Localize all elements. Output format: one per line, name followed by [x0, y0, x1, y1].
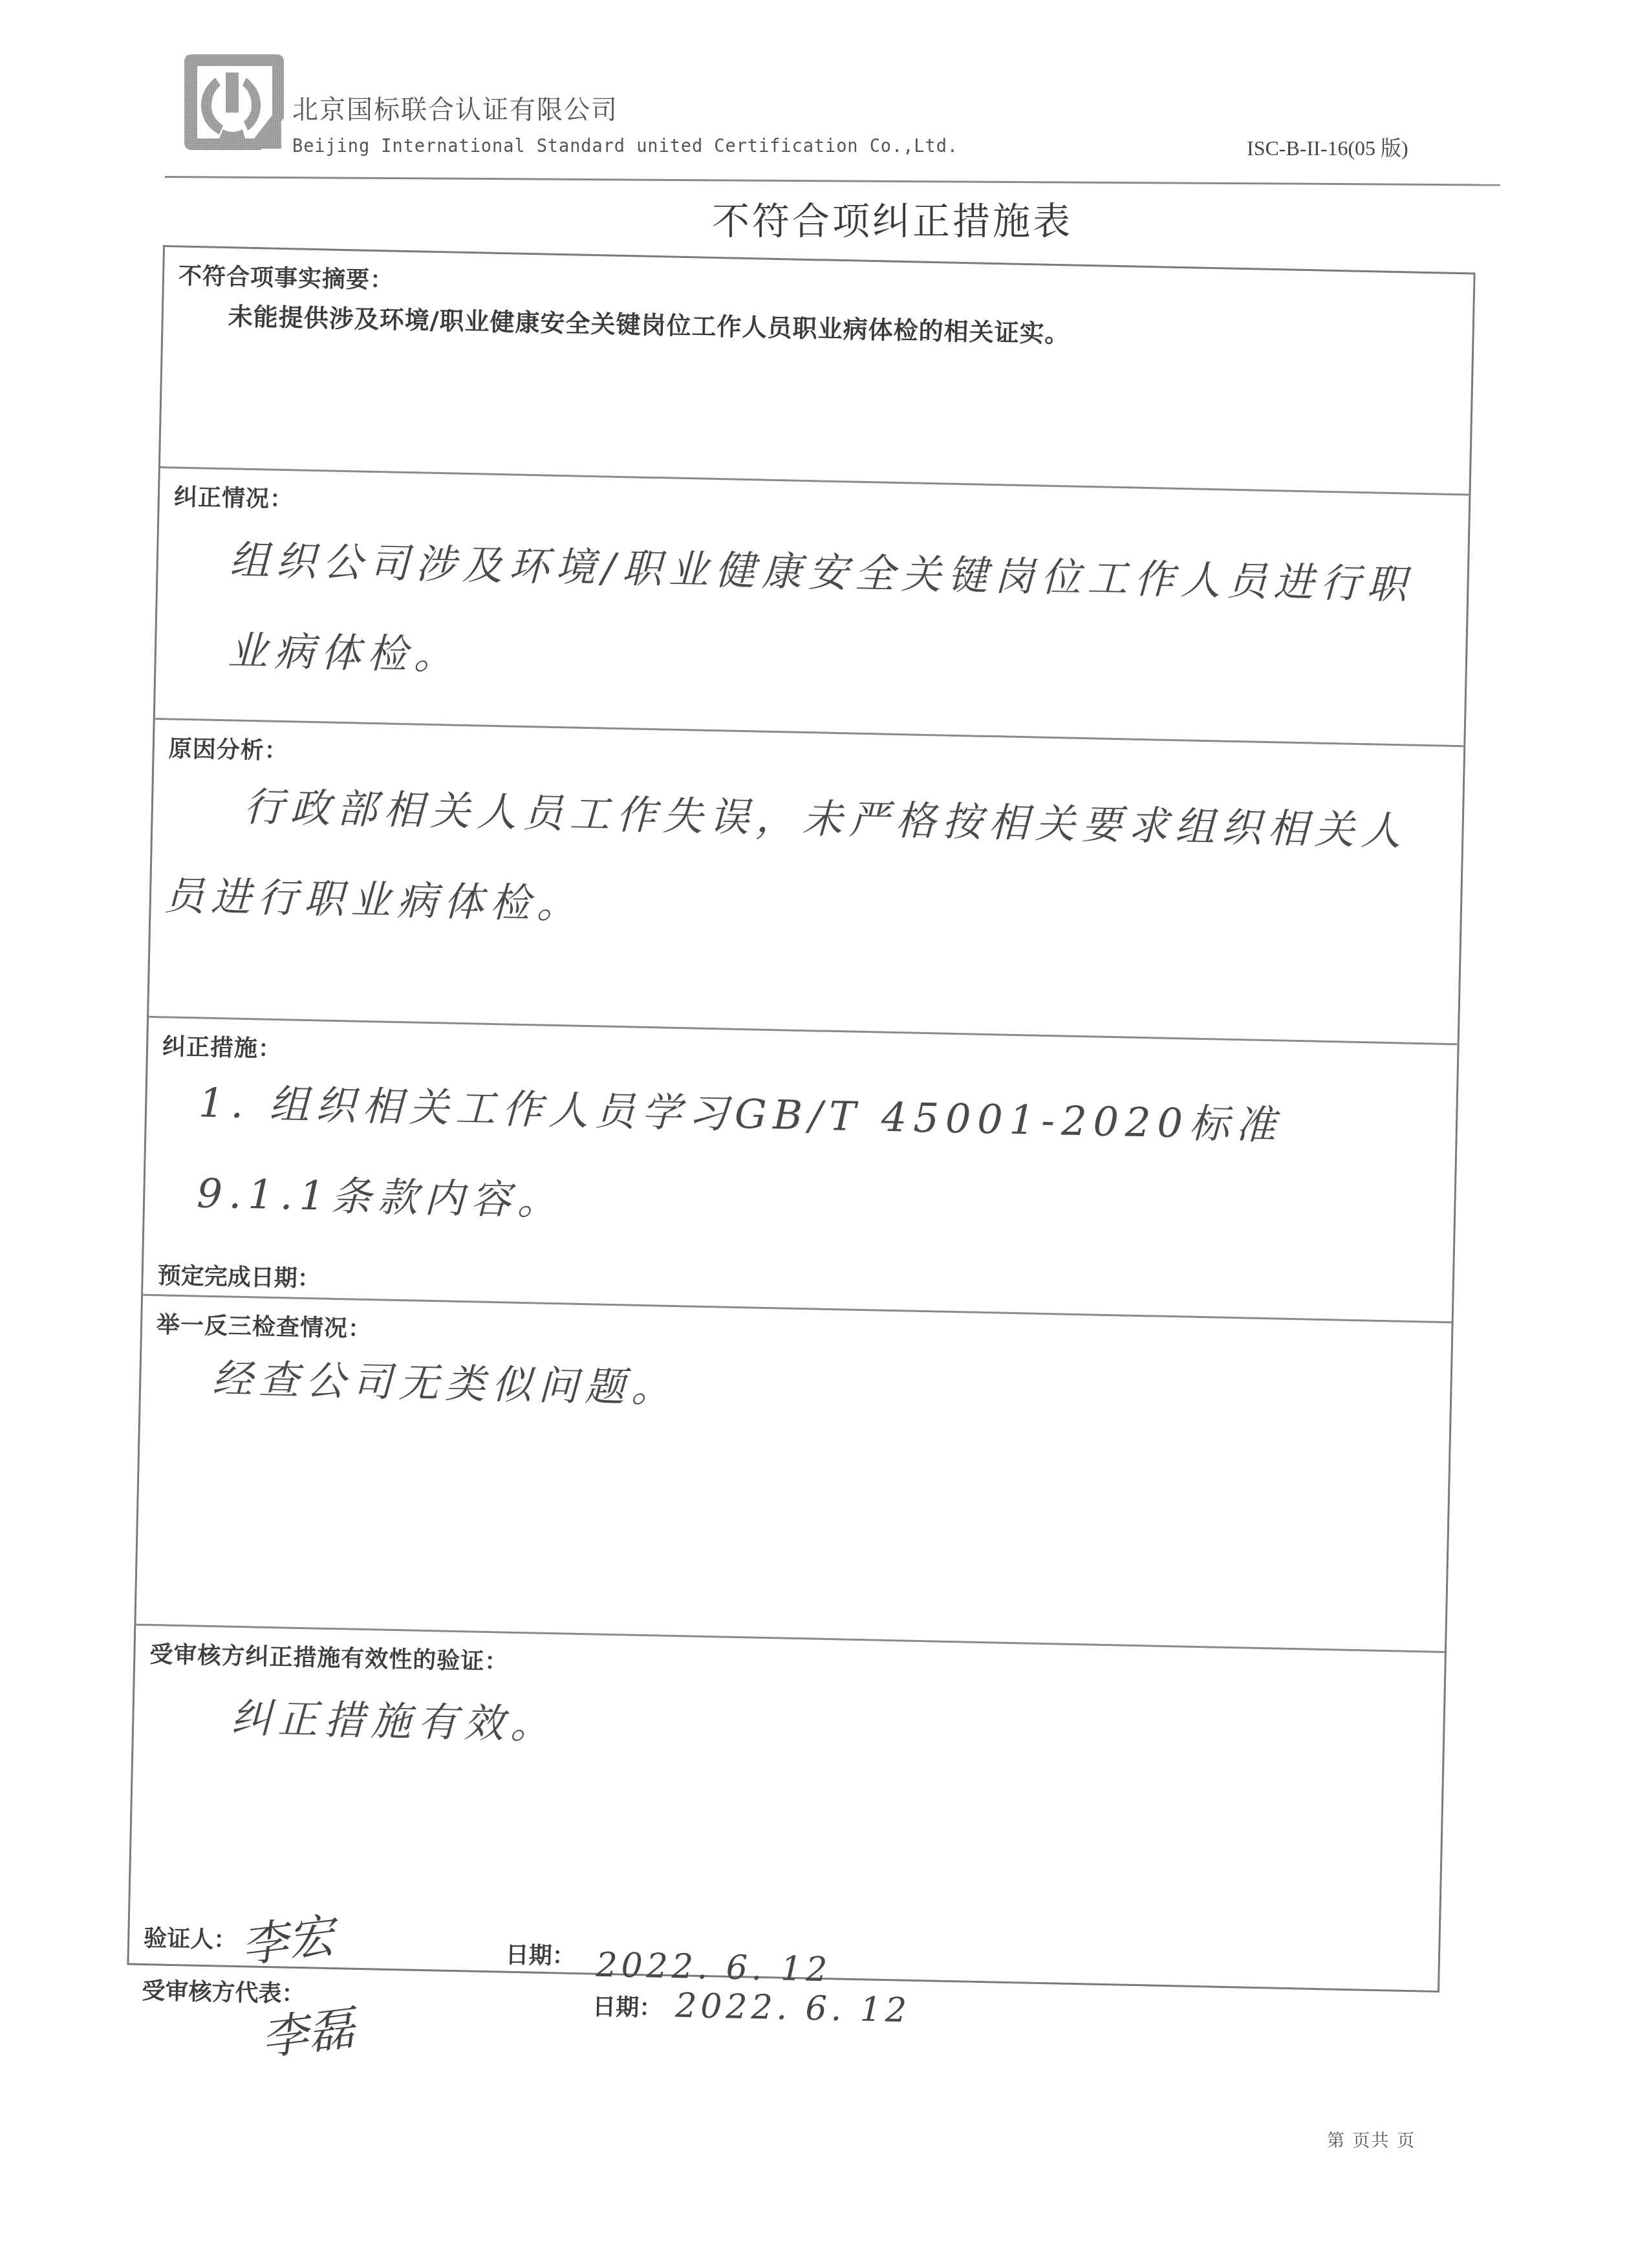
page-number: 第 页共 页 — [1327, 2126, 1416, 2152]
verifier-signature: 李宏 — [237, 1897, 338, 1975]
company-name-cn: 北京国标联合认证有限公司 — [292, 89, 618, 126]
corrective-action-form: 不符合项事实摘要： 未能提供涉及环境/职业健康安全关键岗位工作人员职业病体检的相… — [127, 245, 1475, 1993]
cause-analysis-handwriting: 行政部相关人员工作失误，未严格按相关要求组织相关人员进行职业病体检。 — [164, 760, 1434, 967]
letterhead: 北京国标联合认证有限公司 Beijing International Stand… — [0, 0, 1649, 207]
auditee-rep-date: 2022. 6. 12 — [675, 1987, 911, 2031]
section-label: 不符合项事实摘要： — [178, 258, 394, 296]
section-label: 受审核方纠正措施有效性的验证： — [149, 1636, 509, 1677]
auditee-rep-date-label: 日期： — [592, 1989, 663, 2023]
form-title: 不符合项纠正措施表 — [0, 191, 1649, 245]
header-divider — [165, 176, 1500, 186]
auditee-representative-row: 受审核方代表： 李磊 日期： 2022. 6. 12 — [130, 1979, 1426, 2135]
corrective-measures-handwriting: 1. 组织相关工作人员学习GB/T 45001-2020标准 9.1.1条款内容… — [196, 1057, 1428, 1264]
section-label: 纠正情况： — [173, 479, 294, 514]
section-similar-issues-check: 举一反三检查情况： 经查公司无类似问题。 — [136, 1296, 1451, 1653]
section-cause-analysis: 原因分析： 行政部相关人员工作失误，未严格按相关要求组织相关人员进行职业病体检。 — [149, 720, 1463, 1045]
nonconformity-summary-text: 未能提供涉及环境/职业健康安全关键岗位工作人员职业病体检的相关证实。 — [228, 296, 1070, 349]
verifier-signature-row: 验证人： 李宏 日期： 2022. 6. 12 — [144, 1914, 1425, 1980]
company-name-en: Beijing International Standard united Ce… — [292, 135, 958, 157]
section-nonconformity-summary: 不符合项事实摘要： 未能提供涉及环境/职业健康安全关键岗位工作人员职业病体检的相… — [160, 247, 1474, 495]
correction-status-handwriting: 组织公司涉及环境/职业健康安全关键岗位工作人员进行职业病体检。 — [226, 515, 1458, 722]
document-code: ISC-B-II-16(05 版) — [1247, 132, 1408, 162]
verifier-date: 2022. 6. 12 — [596, 1946, 832, 1990]
verifier-date-label: 日期： — [505, 1937, 576, 1971]
verifier-label: 验证人： — [144, 1920, 237, 1955]
planned-completion-date-label: 预定完成日期： — [157, 1257, 321, 1293]
similar-issues-handwriting: 经查公司无类似问题。 — [211, 1334, 1377, 1449]
section-corrective-measures: 纠正措施： 1. 组织相关工作人员学习GB/T 45001-2020标准 9.1… — [143, 1018, 1458, 1323]
effectiveness-handwriting: 纠正措施有效。 — [230, 1673, 1331, 1787]
section-correction-status: 纠正情况： 组织公司涉及环境/职业健康安全关键岗位工作人员进行职业病体检。 — [155, 468, 1469, 747]
section-effectiveness-verification: 受审核方纠正措施有效性的验证： 纠正措施有效。 验证人： 李宏 日期： 2022… — [129, 1626, 1444, 1991]
auditee-rep-signature: 李磊 — [257, 1991, 358, 2068]
certification-logo-icon — [183, 53, 285, 153]
